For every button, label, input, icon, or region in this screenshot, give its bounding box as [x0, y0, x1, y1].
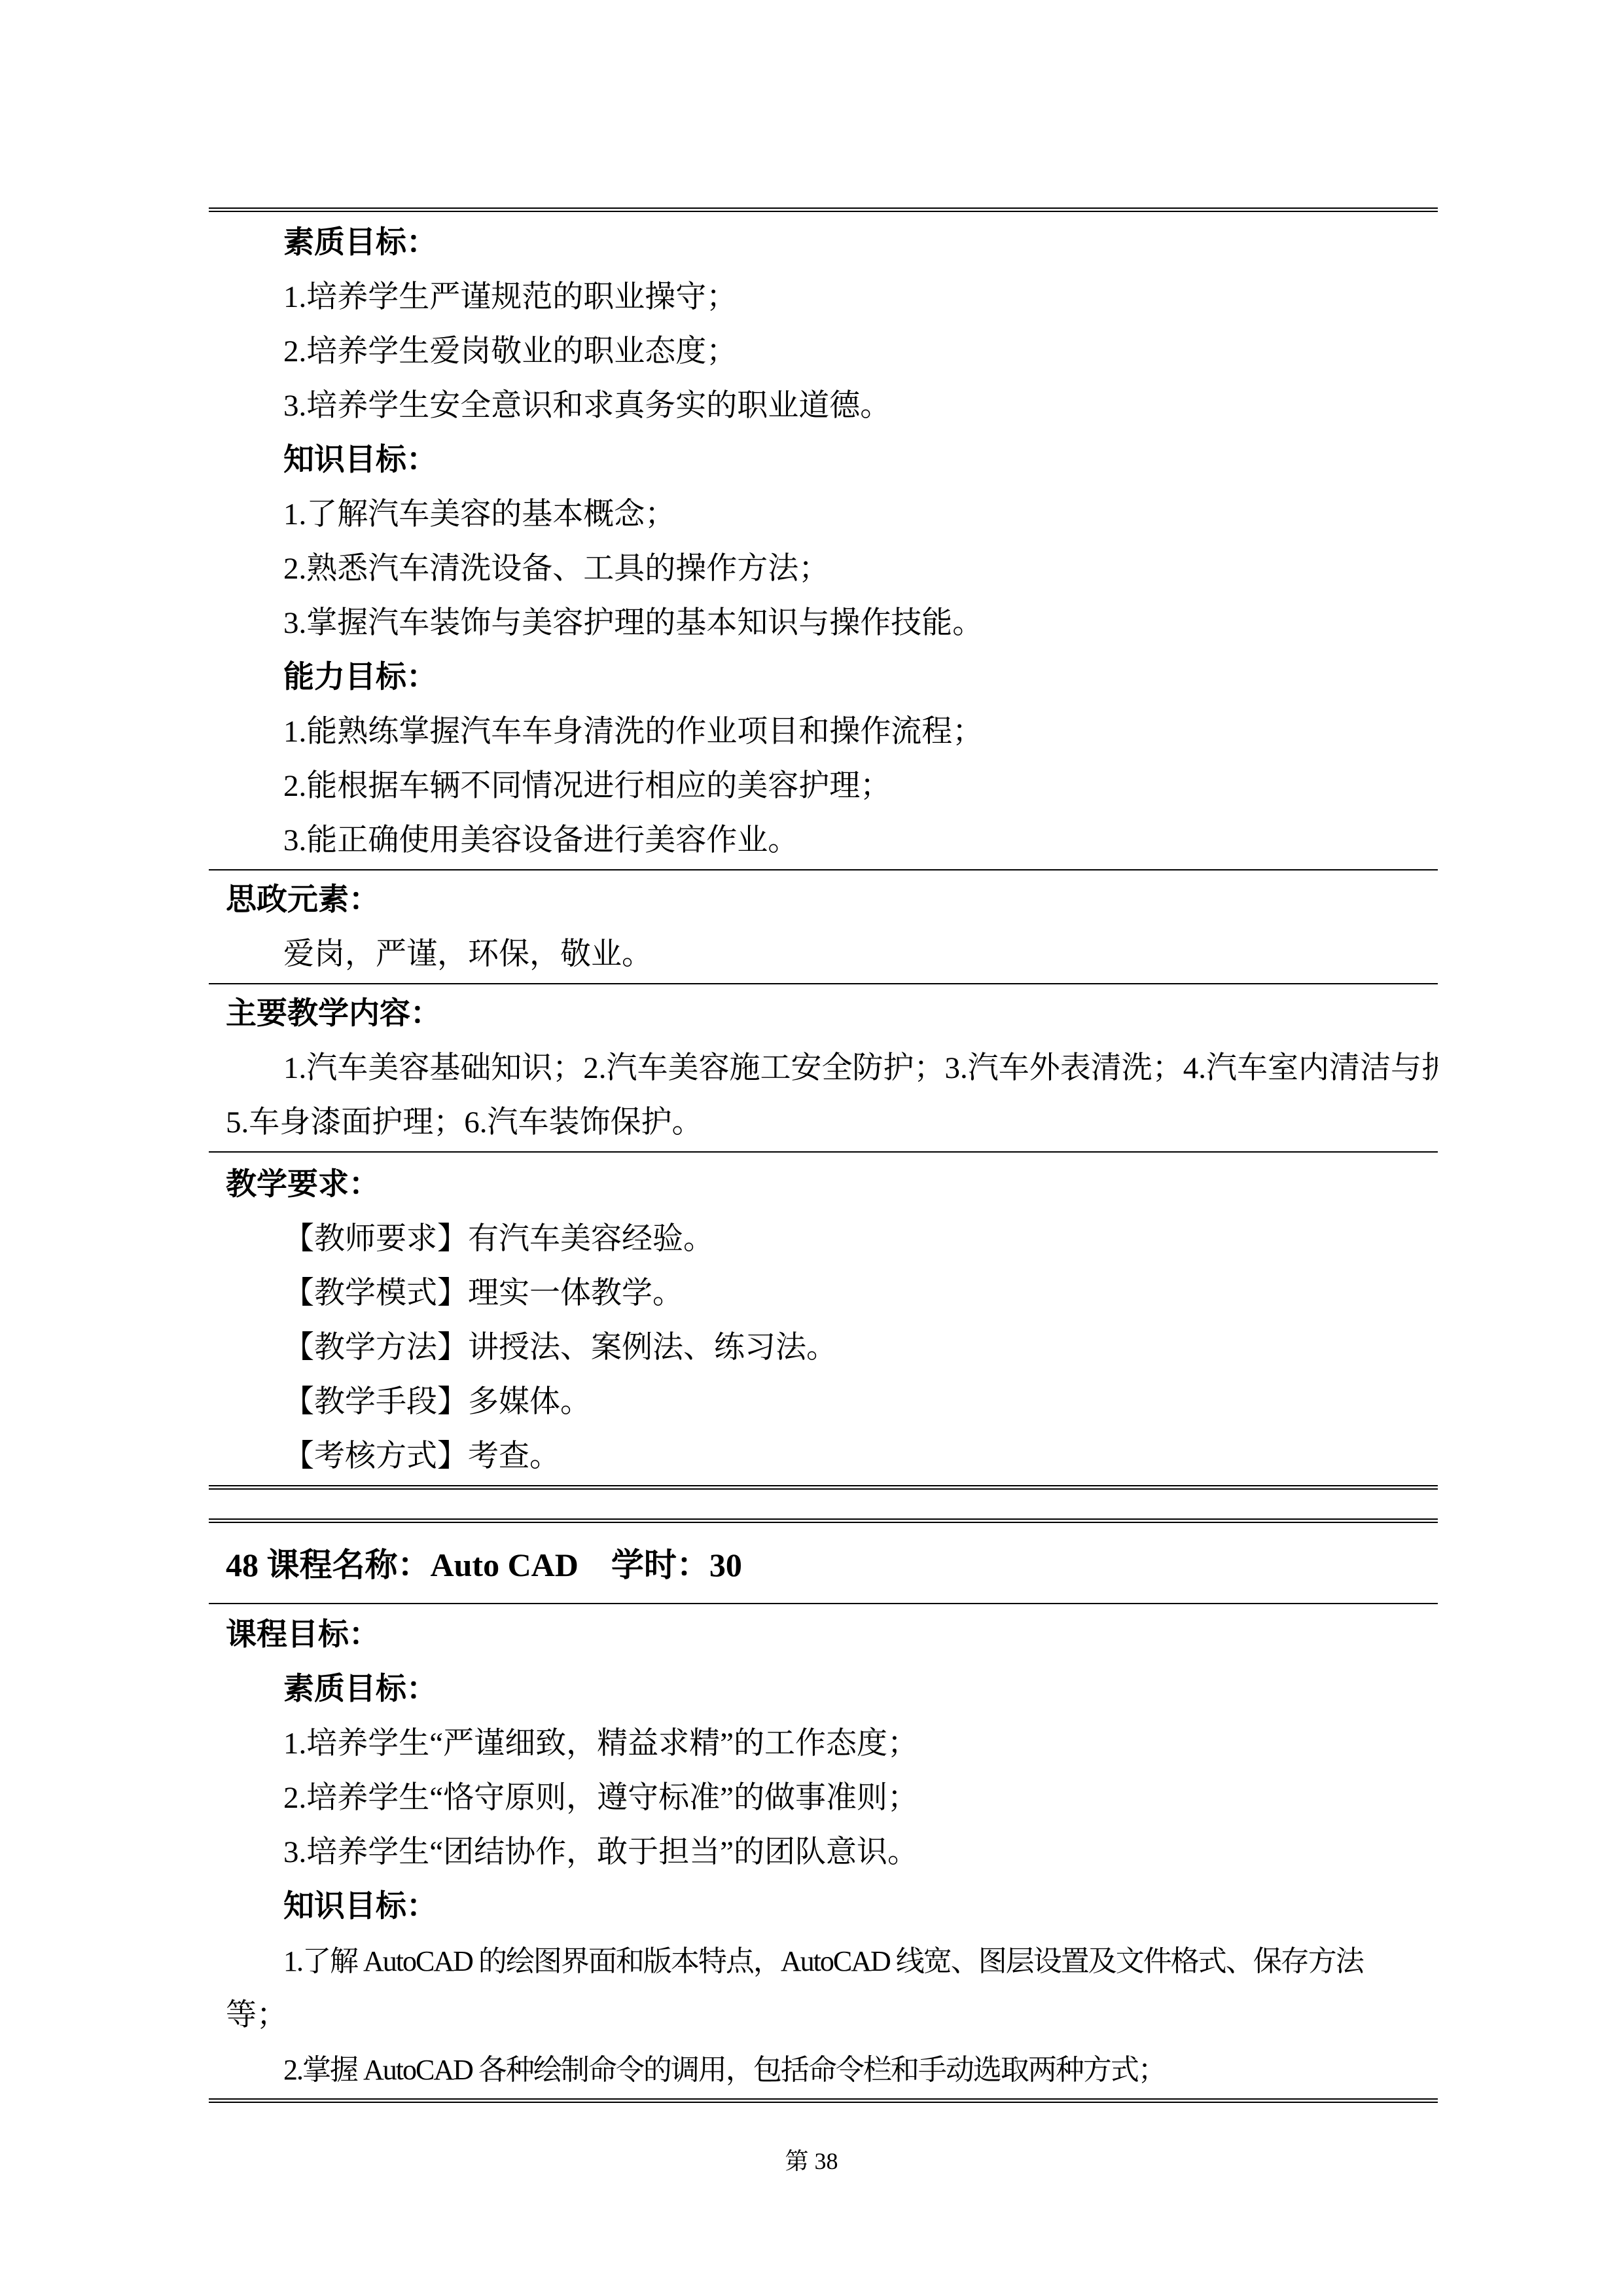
quality-objectives-heading: 素质目标： [226, 216, 1419, 270]
knowledge-objective-item: 3.掌握汽车装饰与美容护理的基本知识与操作技能。 [226, 596, 1419, 651]
course48-title-row: 48 课程名称：Auto CAD 学时：30 [209, 1523, 1438, 1604]
quality-objective-item: 1.培养学生严谨规范的职业操守； [226, 270, 1419, 325]
ability-objectives-heading: 能力目标： [226, 651, 1419, 705]
teaching-requirements-heading: 教学要求： [226, 1158, 1419, 1212]
course48-table: 48 课程名称：Auto CAD 学时：30 课程目标： 素质目标： 1.培养学… [209, 1518, 1438, 2103]
course47-ideology-row: 思政元素： 爱岗，严谨，环保，敬业。 [209, 869, 1438, 983]
course47-table: 素质目标： 1.培养学生严谨规范的职业操守； 2.培养学生爱岗敬业的职业态度； … [209, 207, 1438, 1490]
requirement-item-means: 【教学手段】多媒体。 [226, 1375, 1419, 1429]
knowledge-objective-item-line-1: 1.了解 AutoCAD 的绘图界面和版本特点，AutoCAD 线宽、图层设置及… [226, 1934, 1419, 1988]
ability-objective-item: 1.能熟练掌握汽车车身清洗的作业项目和操作流程； [226, 705, 1419, 759]
quality-objective-item: 2.培养学生“恪守原则，遵守标准”的做事准则； [226, 1771, 1419, 1825]
requirement-item-method: 【教学方法】讲授法、案例法、练习法。 [226, 1321, 1419, 1375]
quality-objective-item: 2.培养学生爱岗敬业的职业态度； [226, 325, 1419, 379]
page-footer: 第 38 [0, 2142, 1623, 2181]
course47-requirements-row: 教学要求： 【教师要求】有汽车美容经验。 【教学模式】理实一体教学。 【教学方法… [209, 1151, 1438, 1485]
page-number-label: 第 38 [785, 2148, 838, 2174]
page-sheet: 素质目标： 1.培养学生严谨规范的职业操守； 2.培养学生爱岗敬业的职业态度； … [0, 0, 1623, 2296]
teaching-content-line-2: 5.车身漆面护理；6.汽车装饰保护。 [226, 1096, 1419, 1150]
course48-objectives-row: 课程目标： 素质目标： 1.培养学生“严谨细致，精益求精”的工作态度； 2.培养… [209, 1604, 1438, 2098]
teaching-content-heading: 主要教学内容： [226, 987, 1419, 1041]
course47-teaching-content-row: 主要教学内容： 1.汽车美容基础知识；2.汽车美容施工安全防护；3.汽车外表清洗… [209, 983, 1438, 1151]
course48-title: 48 课程名称：Auto CAD 学时：30 [226, 1532, 1419, 1598]
knowledge-objective-item: 2.掌握 AutoCAD 各种绘制命令的调用，包括命令栏和手动选取两种方式； [226, 2043, 1419, 2097]
quality-objective-item: 3.培养学生“团结协作，敢于担当”的团队意识。 [226, 1825, 1419, 1880]
knowledge-objectives-heading: 知识目标： [226, 1880, 1419, 1934]
quality-objective-item: 3.培养学生安全意识和求真务实的职业道德。 [226, 379, 1419, 433]
requirement-item-teacher: 【教师要求】有汽车美容经验。 [226, 1212, 1419, 1266]
course-goal-heading: 课程目标： [226, 1608, 1419, 1662]
knowledge-objective-item-line-2: 等； [226, 1988, 1419, 2043]
ideology-elements-text: 爱岗，严谨，环保，敬业。 [226, 927, 1419, 982]
knowledge-objective-item: 2.熟悉汽车清洗设备、工具的操作方法； [226, 542, 1419, 596]
ability-objective-item: 3.能正确使用美容设备进行美容作业。 [226, 814, 1419, 868]
quality-objective-item: 1.培养学生“严谨细致，精益求精”的工作态度； [226, 1717, 1419, 1771]
ideology-elements-heading: 思政元素： [226, 873, 1419, 927]
teaching-content-line-1: 1.汽车美容基础知识；2.汽车美容施工安全防护；3.汽车外表清洗；4.汽车室内清… [226, 1041, 1419, 1096]
quality-objectives-heading: 素质目标： [226, 1662, 1419, 1717]
ability-objective-item: 2.能根据车辆不同情况进行相应的美容护理； [226, 759, 1419, 814]
knowledge-objectives-heading: 知识目标： [226, 433, 1419, 488]
requirement-item-mode: 【教学模式】理实一体教学。 [226, 1266, 1419, 1321]
requirement-item-assessment: 【考核方式】考查。 [226, 1429, 1419, 1484]
course47-objectives-row: 素质目标： 1.培养学生严谨规范的职业操守； 2.培养学生爱岗敬业的职业态度； … [209, 212, 1438, 869]
knowledge-objective-item: 1.了解汽车美容的基本概念； [226, 488, 1419, 542]
